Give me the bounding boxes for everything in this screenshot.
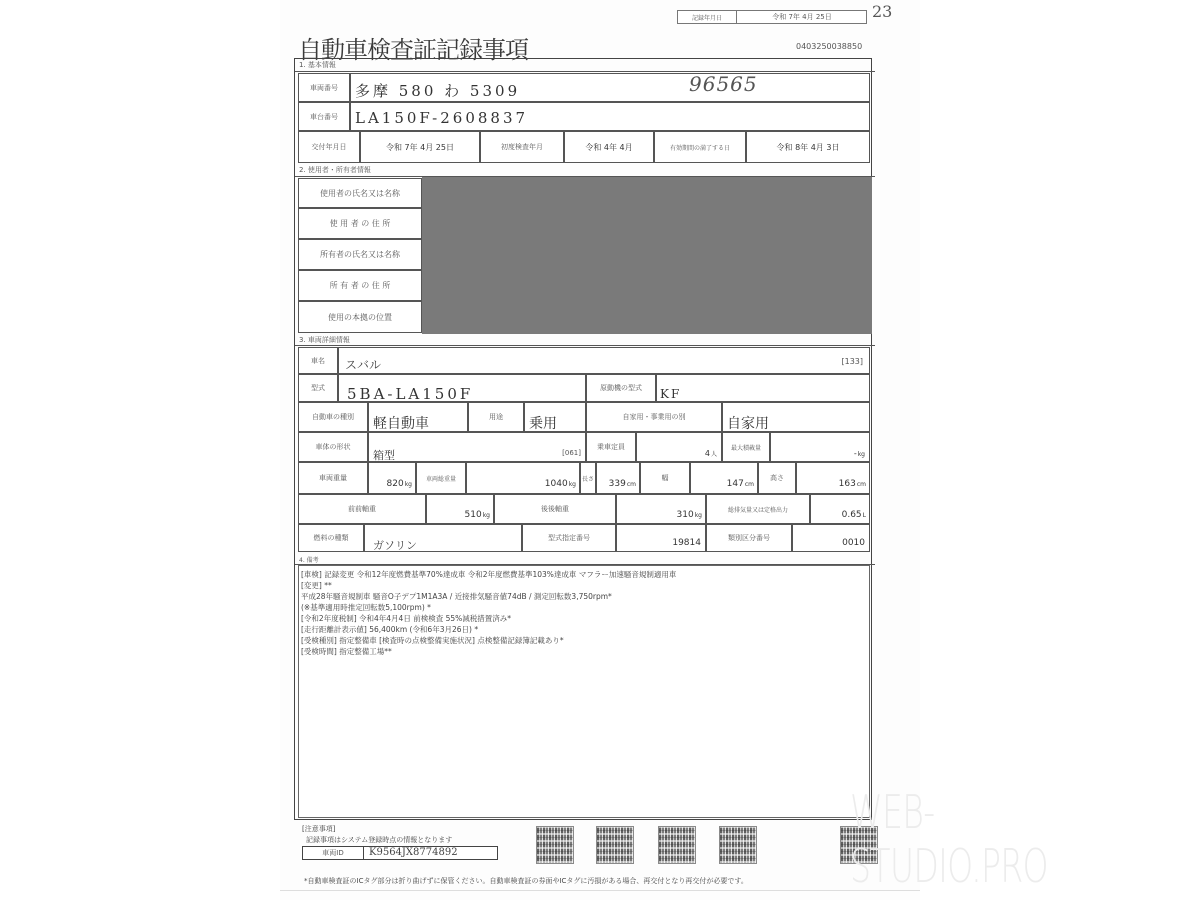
engine-label-cell: 原動機の型式 xyxy=(586,374,656,402)
max-load-label-cell: 最大積載量 xyxy=(722,432,770,462)
record-date-label: 記録年月日 xyxy=(678,11,737,23)
bottom-notice: *自動車検査証のICタグ部分は折り曲げずに保管ください。自動車検査証の券面やIC… xyxy=(304,876,748,886)
model-label-cell: 型式 xyxy=(298,374,338,402)
first-reg-label: 初度検査年月 xyxy=(481,132,563,162)
weight-value-cell: 820kg xyxy=(368,462,416,494)
max-load-unit: kg xyxy=(858,451,865,458)
qr-code-2 xyxy=(596,826,634,864)
width-value: 147 xyxy=(727,479,744,489)
length-label: 長さ xyxy=(581,463,595,493)
body-label-cell: 車体の形状 xyxy=(298,432,368,462)
gross-weight-value-cell: 1040kg xyxy=(466,462,580,494)
use-label: 用途 xyxy=(469,403,523,431)
issue-date-label-cell: 交付年月日 xyxy=(298,131,360,163)
vehicle-type-value: 軽自動車 xyxy=(373,413,429,433)
gross-weight-unit: kg xyxy=(569,481,576,488)
front-axle-value: 510 xyxy=(465,510,482,520)
vehicle-id-box: 車両ID K9564JX8774892 xyxy=(302,846,498,860)
width-label-cell: 幅 xyxy=(640,462,690,494)
fuel-value-cell: ガソリン xyxy=(364,524,522,552)
document-number: 0403250038850 xyxy=(796,42,862,51)
base-location-label: 使用の本拠の位置 xyxy=(299,302,421,332)
category-label: 類別区分番号 xyxy=(707,525,791,551)
displacement-label: 総排気量又は定格出力 xyxy=(707,495,809,523)
vehicle-type-label: 自動車の種別 xyxy=(299,403,367,431)
inspection-certificate-page: 記録年月日 令和 7年 4月 25日 23 自動車検査証記録事項 0403250… xyxy=(280,0,920,900)
capacity-value-cell: 4人 xyxy=(636,432,722,462)
engine-value-cell: KF xyxy=(656,374,870,402)
fuel-label-cell: 燃料の種類 xyxy=(298,524,364,552)
capacity-label: 乗車定員 xyxy=(587,433,635,461)
maker-value-cell: スバル [133] xyxy=(338,347,870,374)
use-value-cell: 乗用 xyxy=(524,402,586,432)
watermark: WEB-STUDIO.PRO xyxy=(850,785,1102,893)
displacement-unit: L xyxy=(863,512,866,519)
record-date-box: 記録年月日 令和 7年 4月 25日 xyxy=(677,10,867,24)
redacted-owner-info xyxy=(422,177,872,334)
maker-code: [133] xyxy=(841,357,863,366)
displacement-value: 0.65 xyxy=(842,510,862,520)
weight-value: 820 xyxy=(387,479,404,489)
maker-value: スバル xyxy=(345,356,381,373)
type-approval-label: 型式指定番号 xyxy=(523,525,615,551)
remark-line: 平成28年騒音規制車 騒音O子デプ1M1A3A / 近接排気騒音値74dB / … xyxy=(301,591,676,602)
body-value-cell: 箱型 [061] xyxy=(368,432,586,462)
chassis-value-cell: LA150F-2608837 xyxy=(350,102,870,131)
owner-name-label-cell: 所有者の氏名又は名称 xyxy=(298,239,422,270)
type-approval-label-cell: 型式指定番号 xyxy=(522,524,616,552)
maker-label: 車名 xyxy=(299,348,337,373)
registration-label: 車両番号 xyxy=(299,74,349,101)
private-value-cell: 自家用 xyxy=(722,402,870,432)
max-load-value-cell: -kg xyxy=(770,432,870,462)
gross-weight-value: 1040 xyxy=(545,479,568,489)
height-label: 高さ xyxy=(759,463,795,493)
handwritten-note: 96565 xyxy=(689,72,758,96)
displacement-value-cell: 0.65L xyxy=(810,494,870,524)
maker-label-cell: 車名 xyxy=(298,347,338,374)
chassis-label: 車台番号 xyxy=(299,103,349,130)
expiry-value: 令和 8年 4月 3日 xyxy=(747,132,869,162)
expiry-label: 有効期間の満了する日 xyxy=(655,132,745,162)
vehicle-type-value-cell: 軽自動車 xyxy=(368,402,468,432)
section2-heading: 2. 使用者・所有者情報 xyxy=(295,164,875,177)
rear-axle-unit: kg xyxy=(695,512,702,519)
width-value-cell: 147cm xyxy=(690,462,758,494)
capacity-label-cell: 乗車定員 xyxy=(586,432,636,462)
capacity-value: 4 xyxy=(705,449,710,458)
chassis-label-cell: 車台番号 xyxy=(298,102,350,131)
width-unit: cm xyxy=(745,481,754,488)
user-name-label: 使用者の氏名又は名称 xyxy=(299,179,421,207)
qr-code-3 xyxy=(658,826,696,864)
owner-address-label-cell: 所 有 者 の 住 所 xyxy=(298,270,422,301)
remark-line: [令和2年度税制] 令和4年4月4日 前検検査 55%減税措置済み* xyxy=(301,613,676,624)
width-label: 幅 xyxy=(641,463,689,493)
front-axle-label-cell: 前前軸重 xyxy=(298,494,426,524)
chassis-value: LA150F-2608837 xyxy=(355,109,528,127)
category-value-cell: 0010 xyxy=(792,524,870,552)
section1-heading: 1. 基本情報 xyxy=(295,59,875,72)
qr-code-1 xyxy=(536,826,574,864)
private-label: 自家用・事業用の別 xyxy=(587,403,721,431)
category-label-cell: 類別区分番号 xyxy=(706,524,792,552)
gross-weight-label: 車両総重量 xyxy=(417,463,465,493)
front-axle-value-cell: 510kg xyxy=(426,494,494,524)
issue-date-label: 交付年月日 xyxy=(299,132,359,162)
displacement-label-cell: 総排気量又は定格出力 xyxy=(706,494,810,524)
type-approval-value: 19814 xyxy=(672,538,701,548)
remarks-lines: [車検] 記録変更 令和12年度燃費基準70%達成車 令和2年度燃費基準103%… xyxy=(301,569,676,657)
weight-label: 車両重量 xyxy=(299,463,367,493)
notice-text: 記録事項はシステム登録時点の情報となります xyxy=(306,835,452,845)
max-load-label: 最大積載量 xyxy=(723,433,769,461)
registration-value: 多摩 580 わ 5309 xyxy=(355,80,520,101)
first-reg-value: 令和 4年 4月 xyxy=(565,132,653,162)
owner-address-label: 所 有 者 の 住 所 xyxy=(299,271,421,300)
length-label-cell: 長さ xyxy=(580,462,596,494)
engine-label: 原動機の型式 xyxy=(587,375,655,401)
weight-unit: kg xyxy=(405,481,412,488)
body-value: 箱型 xyxy=(373,447,395,463)
remark-line: [受検時間] 指定整備工場** xyxy=(301,646,676,657)
model-value: 5BA-LA150F xyxy=(347,385,473,403)
body-label: 車体の形状 xyxy=(299,433,367,461)
registration-label-cell: 車両番号 xyxy=(298,73,350,102)
expiry-label-cell: 有効期間の満了する日 xyxy=(654,131,746,163)
front-axle-label: 前前軸重 xyxy=(299,495,425,523)
fuel-label: 燃料の種類 xyxy=(299,525,363,551)
issue-date-value-cell: 令和 7年 4月 25日 xyxy=(360,131,480,163)
height-label-cell: 高さ xyxy=(758,462,796,494)
user-address-label-cell: 使 用 者 の 住 所 xyxy=(298,208,422,239)
model-label: 型式 xyxy=(299,375,337,401)
registration-value-cell: 多摩 580 わ 5309 96565 xyxy=(350,73,870,102)
rear-axle-value-cell: 310kg xyxy=(616,494,706,524)
remark-line: [車検] 記録変更 令和12年度燃費基準70%達成車 令和2年度燃費基準103%… xyxy=(301,569,676,580)
rear-axle-value: 310 xyxy=(677,510,694,520)
length-unit: cm xyxy=(627,481,636,488)
private-value: 自家用 xyxy=(727,413,769,433)
first-reg-value-cell: 令和 4年 4月 xyxy=(564,131,654,163)
length-value: 339 xyxy=(609,479,626,489)
height-value: 163 xyxy=(839,479,856,489)
weight-label-cell: 車両重量 xyxy=(298,462,368,494)
section3-heading: 3. 車両詳細情報 xyxy=(295,334,875,346)
vehicle-type-label-cell: 自動車の種別 xyxy=(298,402,368,432)
vehicle-id-label: 車両ID xyxy=(303,847,364,859)
user-name-label-cell: 使用者の氏名又は名称 xyxy=(298,178,422,208)
body-code: [061] xyxy=(562,449,581,457)
category-value: 0010 xyxy=(842,538,865,548)
page-bottom-divider xyxy=(280,890,920,891)
model-value-cell: 5BA-LA150F xyxy=(338,374,586,402)
expiry-value-cell: 令和 8年 4月 3日 xyxy=(746,131,870,163)
capacity-unit: 人 xyxy=(711,451,717,458)
issue-date-value: 令和 7年 4月 25日 xyxy=(361,132,479,162)
use-label-cell: 用途 xyxy=(468,402,524,432)
record-date-value: 令和 7年 4月 25日 xyxy=(738,11,866,23)
notice-heading: [注意事項] xyxy=(302,824,335,834)
height-value-cell: 163cm xyxy=(796,462,870,494)
remark-line: [変更] ** xyxy=(301,580,676,591)
max-load-value: - xyxy=(854,449,857,458)
section4-heading: 4. 備考 xyxy=(295,554,875,565)
base-location-label-cell: 使用の本拠の位置 xyxy=(298,301,422,333)
remark-line: [走行距離計表示値] 56,400km (令和6年3月26日) * xyxy=(301,624,676,635)
remark-line: [受検種別] 指定整備車 [検査時の点検整備実施状況] 点検整備記録簿記載あり* xyxy=(301,635,676,646)
first-reg-label-cell: 初度検査年月 xyxy=(480,131,564,163)
user-address-label: 使 用 者 の 住 所 xyxy=(299,209,421,238)
rear-axle-label-cell: 後後軸重 xyxy=(494,494,616,524)
gross-weight-label-cell: 車両総重量 xyxy=(416,462,466,494)
rear-axle-label: 後後軸重 xyxy=(495,495,615,523)
engine-value: KF xyxy=(660,387,681,401)
qr-code-4 xyxy=(719,826,757,864)
remark-line: (※基準適用時推定回転数5,100rpm) * xyxy=(301,602,676,613)
height-unit: cm xyxy=(857,481,866,488)
front-axle-unit: kg xyxy=(483,512,490,519)
private-label-cell: 自家用・事業用の別 xyxy=(586,402,722,432)
fuel-value: ガソリン xyxy=(373,537,417,553)
remarks-box: [車検] 記録変更 令和12年度燃費基準70%達成車 令和2年度燃費基準103%… xyxy=(298,565,870,818)
handwritten-top-note: 23 xyxy=(872,2,892,21)
owner-name-label: 所有者の氏名又は名称 xyxy=(299,240,421,269)
vehicle-id-value: K9564JX8774892 xyxy=(369,847,458,858)
use-value: 乗用 xyxy=(529,413,557,433)
length-value-cell: 339cm xyxy=(596,462,640,494)
type-approval-value-cell: 19814 xyxy=(616,524,706,552)
